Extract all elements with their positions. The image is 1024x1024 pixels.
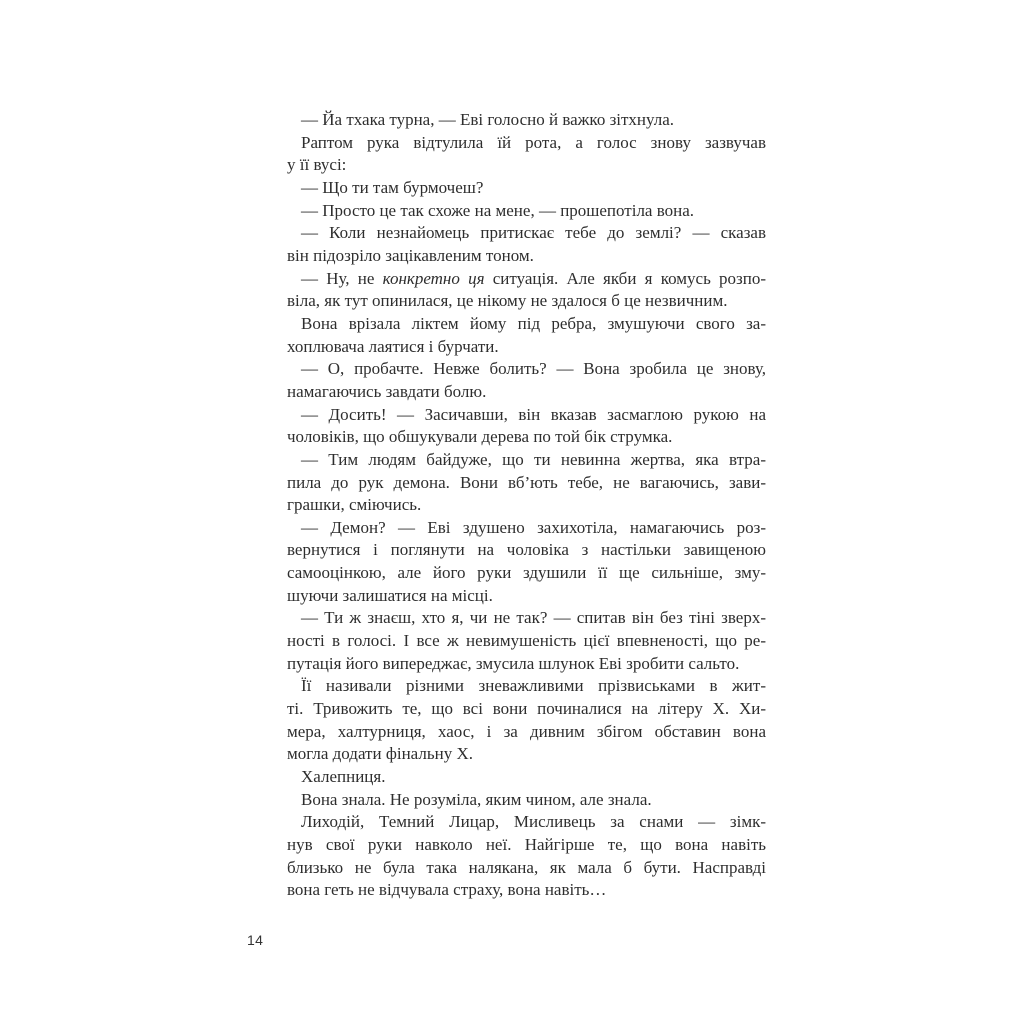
text-segment: ситуація. Але якби я комусь розпо- (485, 269, 767, 288)
text-segment: — Ти ж знаєш, хто я, чи не так? — спитав… (301, 608, 766, 627)
text-line: вона геть не відчувала страху, вона наві… (287, 879, 766, 902)
text-line: у її вусі: (287, 154, 766, 177)
text-line: ті. Тривожить те, що всі вони починалися… (287, 698, 766, 721)
text-line: путація його випереджає, змусила шлунок … (287, 653, 766, 676)
text-segment: хоплювача лаятися і бурчати. (287, 337, 499, 356)
text-segment: ті. Тривожить те, що всі вони починалися… (287, 699, 766, 718)
text-segment: чоловіків, що обшукували дерева по той б… (287, 427, 672, 446)
text-segment: вона геть не відчувала страху, вона наві… (287, 880, 606, 899)
text-segment: вернутися і поглянути на чоловіка з наст… (287, 540, 766, 559)
text-line: нув свої руки навколо неї. Найгірше те, … (287, 834, 766, 857)
text-line: — Тим людям байдуже, що ти невинна жертв… (287, 449, 766, 472)
text-segment: ності в голосі. І все ж невимушеність ці… (287, 631, 766, 650)
text-line: Раптом рука відтулила їй рота, а голос з… (287, 132, 766, 155)
text-segment: — Йа тхака турна, — Еві голосно й важко … (301, 110, 674, 129)
text-segment: віла, як тут опинилася, це нікому не зда… (287, 291, 727, 310)
text-line: мера, халтурниця, хаос, і за дивним збіг… (287, 721, 766, 744)
text-segment: він підозріло зацікавленим тоном. (287, 246, 534, 265)
text-segment: — Демон? — Еві здушено захихотіла, намаг… (301, 518, 766, 537)
text-segment: — Що ти там бурмочеш? (301, 178, 483, 197)
text-segment: намагаючись завдати болю. (287, 382, 486, 401)
text-line: пила до рук демона. Вони вб’ють тебе, не… (287, 472, 766, 495)
text-segment: Вона врізала ліктем йому під ребра, змуш… (301, 314, 766, 333)
text-segment: Вона знала. Не розуміла, яким чином, але… (301, 790, 652, 809)
text-segment: — Досить! — Засичавши, він вказав засмаг… (301, 405, 766, 424)
text-line: віла, як тут опинилася, це нікому не зда… (287, 290, 766, 313)
text-line: хоплювача лаятися і бурчати. (287, 336, 766, 359)
text-line: Лиходій, Темний Лицар, Мисливець за снам… (287, 811, 766, 834)
text-segment: — Ну, не (301, 269, 383, 288)
text-line: — Демон? — Еві здушено захихотіла, намаг… (287, 517, 766, 540)
text-segment: — Коли незнайомець притискає тебе до зем… (301, 223, 766, 242)
text-line: — О, пробачте. Невже болить? — Вона зроб… (287, 358, 766, 381)
text-line: — Коли незнайомець притискає тебе до зем… (287, 222, 766, 245)
text-line: чоловіків, що обшукували дерева по той б… (287, 426, 766, 449)
text-line: могла додати фінальну Х. (287, 743, 766, 766)
text-line: він підозріло зацікавленим тоном. (287, 245, 766, 268)
text-segment: — Тим людям байдуже, що ти невинна жертв… (301, 450, 766, 469)
text-line: шуючи залишатися на місці. (287, 585, 766, 608)
text-segment: — Просто це так схоже на мене, — прошепо… (301, 201, 694, 220)
text-segment: самооцінкою, але його руки здушили її ще… (287, 563, 766, 582)
book-page: — Йа тхака турна, — Еві голосно й важко … (0, 0, 1024, 1024)
text-segment: Раптом рука відтулила їй рота, а голос з… (301, 133, 766, 152)
text-line: — Ти ж знаєш, хто я, чи не так? — спитав… (287, 607, 766, 630)
text-line: — Досить! — Засичавши, він вказав засмаг… (287, 404, 766, 427)
text-line: Вона знала. Не розуміла, яким чином, але… (287, 789, 766, 812)
text-line: — Йа тхака турна, — Еві голосно й важко … (287, 109, 766, 132)
text-line: Вона врізала ліктем йому під ребра, змуш… (287, 313, 766, 336)
text-line: намагаючись завдати болю. (287, 381, 766, 404)
text-segment: путація його випереджає, змусила шлунок … (287, 654, 739, 673)
text-segment: Лиходій, Темний Лицар, Мисливець за снам… (301, 812, 766, 831)
text-segment: Халепниця. (301, 767, 385, 786)
text-segment-italic: конкретно ця (383, 269, 485, 288)
text-block: — Йа тхака турна, — Еві голосно й важко … (287, 109, 766, 902)
text-line: Її називали різними зневажливими прізвис… (287, 675, 766, 698)
text-line: ності в голосі. І все ж невимушеність ці… (287, 630, 766, 653)
text-segment: мера, халтурниця, хаос, і за дивним збіг… (287, 722, 766, 741)
text-segment: Її називали різними зневажливими прізвис… (301, 676, 766, 695)
text-segment: нув свої руки навколо неї. Найгірше те, … (287, 835, 766, 854)
text-line: грашки, сміючись. (287, 494, 766, 517)
text-segment: могла додати фінальну Х. (287, 744, 473, 763)
text-line: самооцінкою, але його руки здушили її ще… (287, 562, 766, 585)
text-line: вернутися і поглянути на чоловіка з наст… (287, 539, 766, 562)
text-line: Халепниця. (287, 766, 766, 789)
text-line: близько не була така налякана, як мала б… (287, 857, 766, 880)
text-segment: пила до рук демона. Вони вб’ють тебе, не… (287, 473, 766, 492)
text-segment: грашки, сміючись. (287, 495, 421, 514)
text-line: — Просто це так схоже на мене, — прошепо… (287, 200, 766, 223)
text-segment: у її вусі: (287, 155, 346, 174)
text-line: — Що ти там бурмочеш? (287, 177, 766, 200)
text-line: — Ну, не конкретно ця ситуація. Але якби… (287, 268, 766, 291)
text-segment: близько не була така налякана, як мала б… (287, 858, 766, 877)
page-number: 14 (247, 933, 263, 948)
text-segment: шуючи залишатися на місці. (287, 586, 493, 605)
text-segment: — О, пробачте. Невже болить? — Вона зроб… (301, 359, 766, 378)
